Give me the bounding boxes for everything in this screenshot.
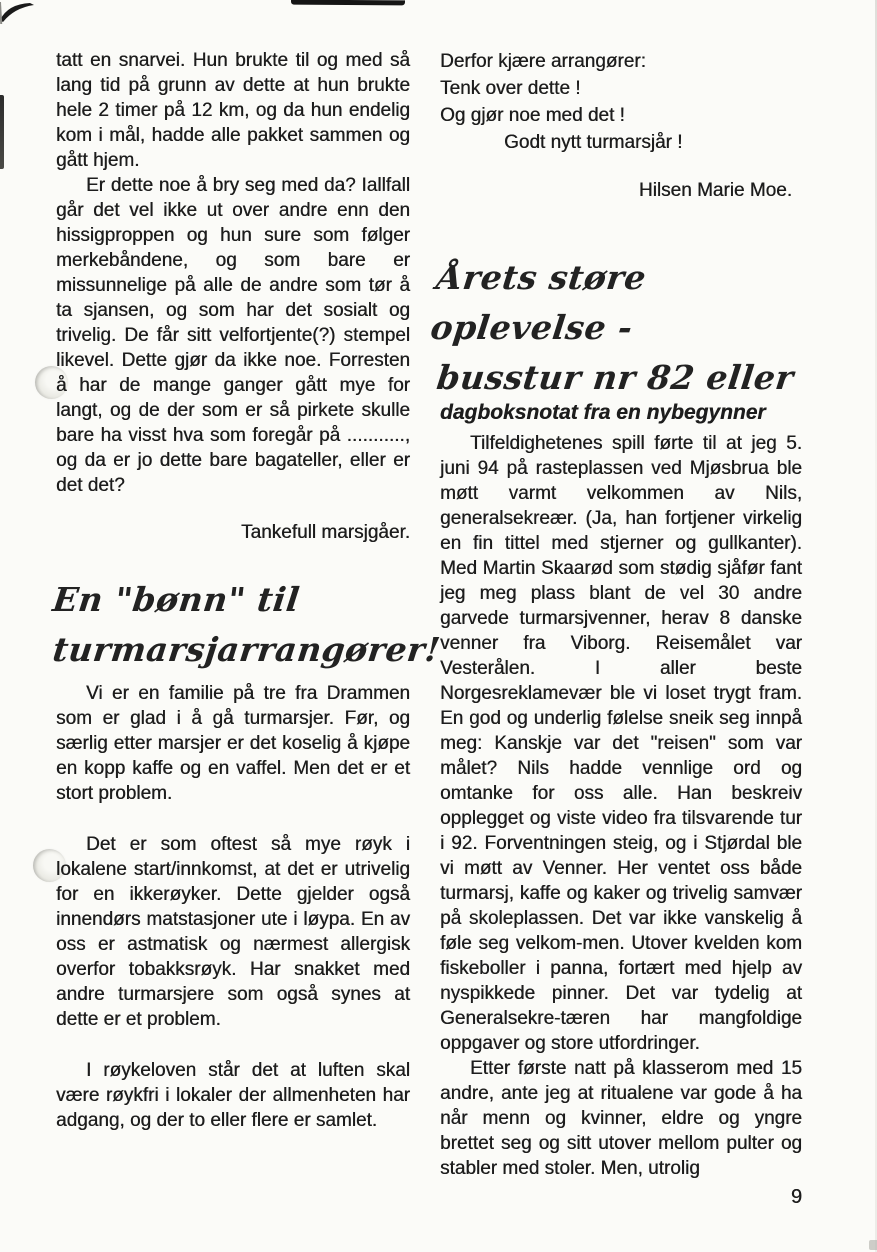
paragraph-royk: Det er som oftest så mye røyk i lokalene… <box>56 832 410 1032</box>
appeal-line: Godt nytt turmarsjår ! <box>440 129 802 156</box>
paragraph-etter-forste-natt: Etter første natt på klasserom med 15 an… <box>440 1056 802 1181</box>
appeal-line: Og gjør noe med det ! <box>440 102 802 129</box>
right-column: Derfor kjære arrangører: Tenk over dette… <box>440 48 802 1211</box>
paragraph-tilfeldighetenes: Tilfeldighetenes spill førte til at jeg … <box>440 431 802 1056</box>
scan-edge-mark <box>291 0 405 5</box>
heading-line: En "bønn" til <box>50 575 410 625</box>
left-edge-scan-line <box>0 95 4 169</box>
left-column: tatt en snarvei. Hun brukte til og med s… <box>56 48 410 1133</box>
appeal-line: Tenk over dette ! <box>440 75 802 102</box>
article-heading-busstur: Årets støre oplevelse - busstur nr 82 el… <box>440 253 802 425</box>
corner-scan-mark <box>0 0 80 24</box>
page-number: 9 <box>440 1183 802 1211</box>
article-heading-bonn: En "bønn" til turmarsjarrangører! <box>56 575 410 675</box>
paragraph-roykeloven: I røykeloven står det at luften skal vær… <box>56 1058 410 1133</box>
bottom-right-scan-mark <box>869 1240 877 1250</box>
signature-marie-moe: Hilsen Marie Moe. <box>440 178 802 203</box>
appeal-block: Derfor kjære arrangører: Tenk over dette… <box>440 48 802 156</box>
heading-line: turmarsjarrangører! <box>50 625 410 675</box>
appeal-line: Derfor kjære arrangører: <box>440 48 802 75</box>
paragraph-snarvei: tatt en snarvei. Hun brukte til og med s… <box>56 48 410 173</box>
heading-line: Årets støre oplevelse - <box>428 253 802 353</box>
article-subtitle: dagboksnotat fra en nybegynner <box>440 401 802 425</box>
paragraph-familie: Vi er en familie på tre fra Drammen som … <box>56 681 410 806</box>
signature-tankefull: Tankefull marsjgåer. <box>56 520 410 545</box>
heading-line: busstur nr 82 eller <box>434 353 802 403</box>
paragraph-er-dette-noe: Er dette noe å bry seg med da? Iallfall … <box>56 173 410 498</box>
